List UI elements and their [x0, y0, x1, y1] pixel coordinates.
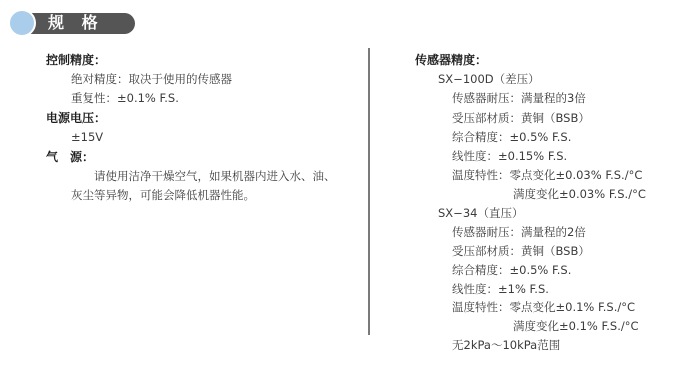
sx34-pressure-tolerance: 传感器耐压：满量程的2倍: [452, 225, 586, 239]
power-voltage-heading: 电源电压：: [46, 111, 106, 125]
air-source-line-1: 请使用洁净干燥空气，如果机器内进入水、油、: [94, 169, 336, 183]
air-source-line-2: 灰尘等异物，可能会降低机器性能。: [71, 188, 255, 202]
air-source-heading: 气 源：: [46, 150, 94, 164]
bullet-circle-icon: [8, 9, 36, 37]
sx100d-linearity: 线性度：±0.15% F.S.: [452, 149, 567, 163]
column-divider: [368, 48, 370, 335]
sx34-overall-accuracy: 综合精度：±0.5% F.S.: [452, 263, 571, 277]
absolute-precision-text: 绝对精度：取决于使用的传感器: [71, 72, 232, 86]
sx100d-overall-accuracy: 综合精度：±0.5% F.S.: [452, 130, 571, 144]
note-range: 无2kPa～10kPa范围: [452, 338, 560, 352]
control-precision-heading: 控制精度：: [46, 53, 106, 67]
sensor-precision-heading: 传感器精度：: [415, 53, 487, 67]
sx100d-temp-zero: 温度特性：零点变化±0.03% F.S./°C: [452, 168, 642, 182]
sx100d-material: 受压部材质：黄铜（BSB）: [452, 111, 590, 125]
sx34-temp-span: 满度变化±0.1% F.S./°C: [513, 319, 639, 333]
sx100d-pressure-tolerance: 传感器耐压：满量程的3倍: [452, 91, 586, 105]
power-voltage-value: ±15V: [71, 130, 103, 144]
sx34-material: 受压部材质：黄铜（BSB）: [452, 244, 590, 258]
section-header: 规 格: [0, 0, 700, 44]
section-title: 规 格: [48, 12, 104, 34]
sx100d-temp-span: 满度变化±0.03% F.S./°C: [513, 187, 646, 201]
sx34-temp-zero: 温度特性：零点变化±0.1% F.S./°C: [452, 300, 635, 314]
sx100d-model: SX−100D（差压）: [438, 72, 540, 86]
sx34-linearity: 线性度：±1% F.S.: [452, 282, 549, 296]
sx34-model: SX−34（直压）: [438, 206, 523, 220]
repeatability-text: 重复性：±0.1% F.S.: [71, 91, 179, 105]
